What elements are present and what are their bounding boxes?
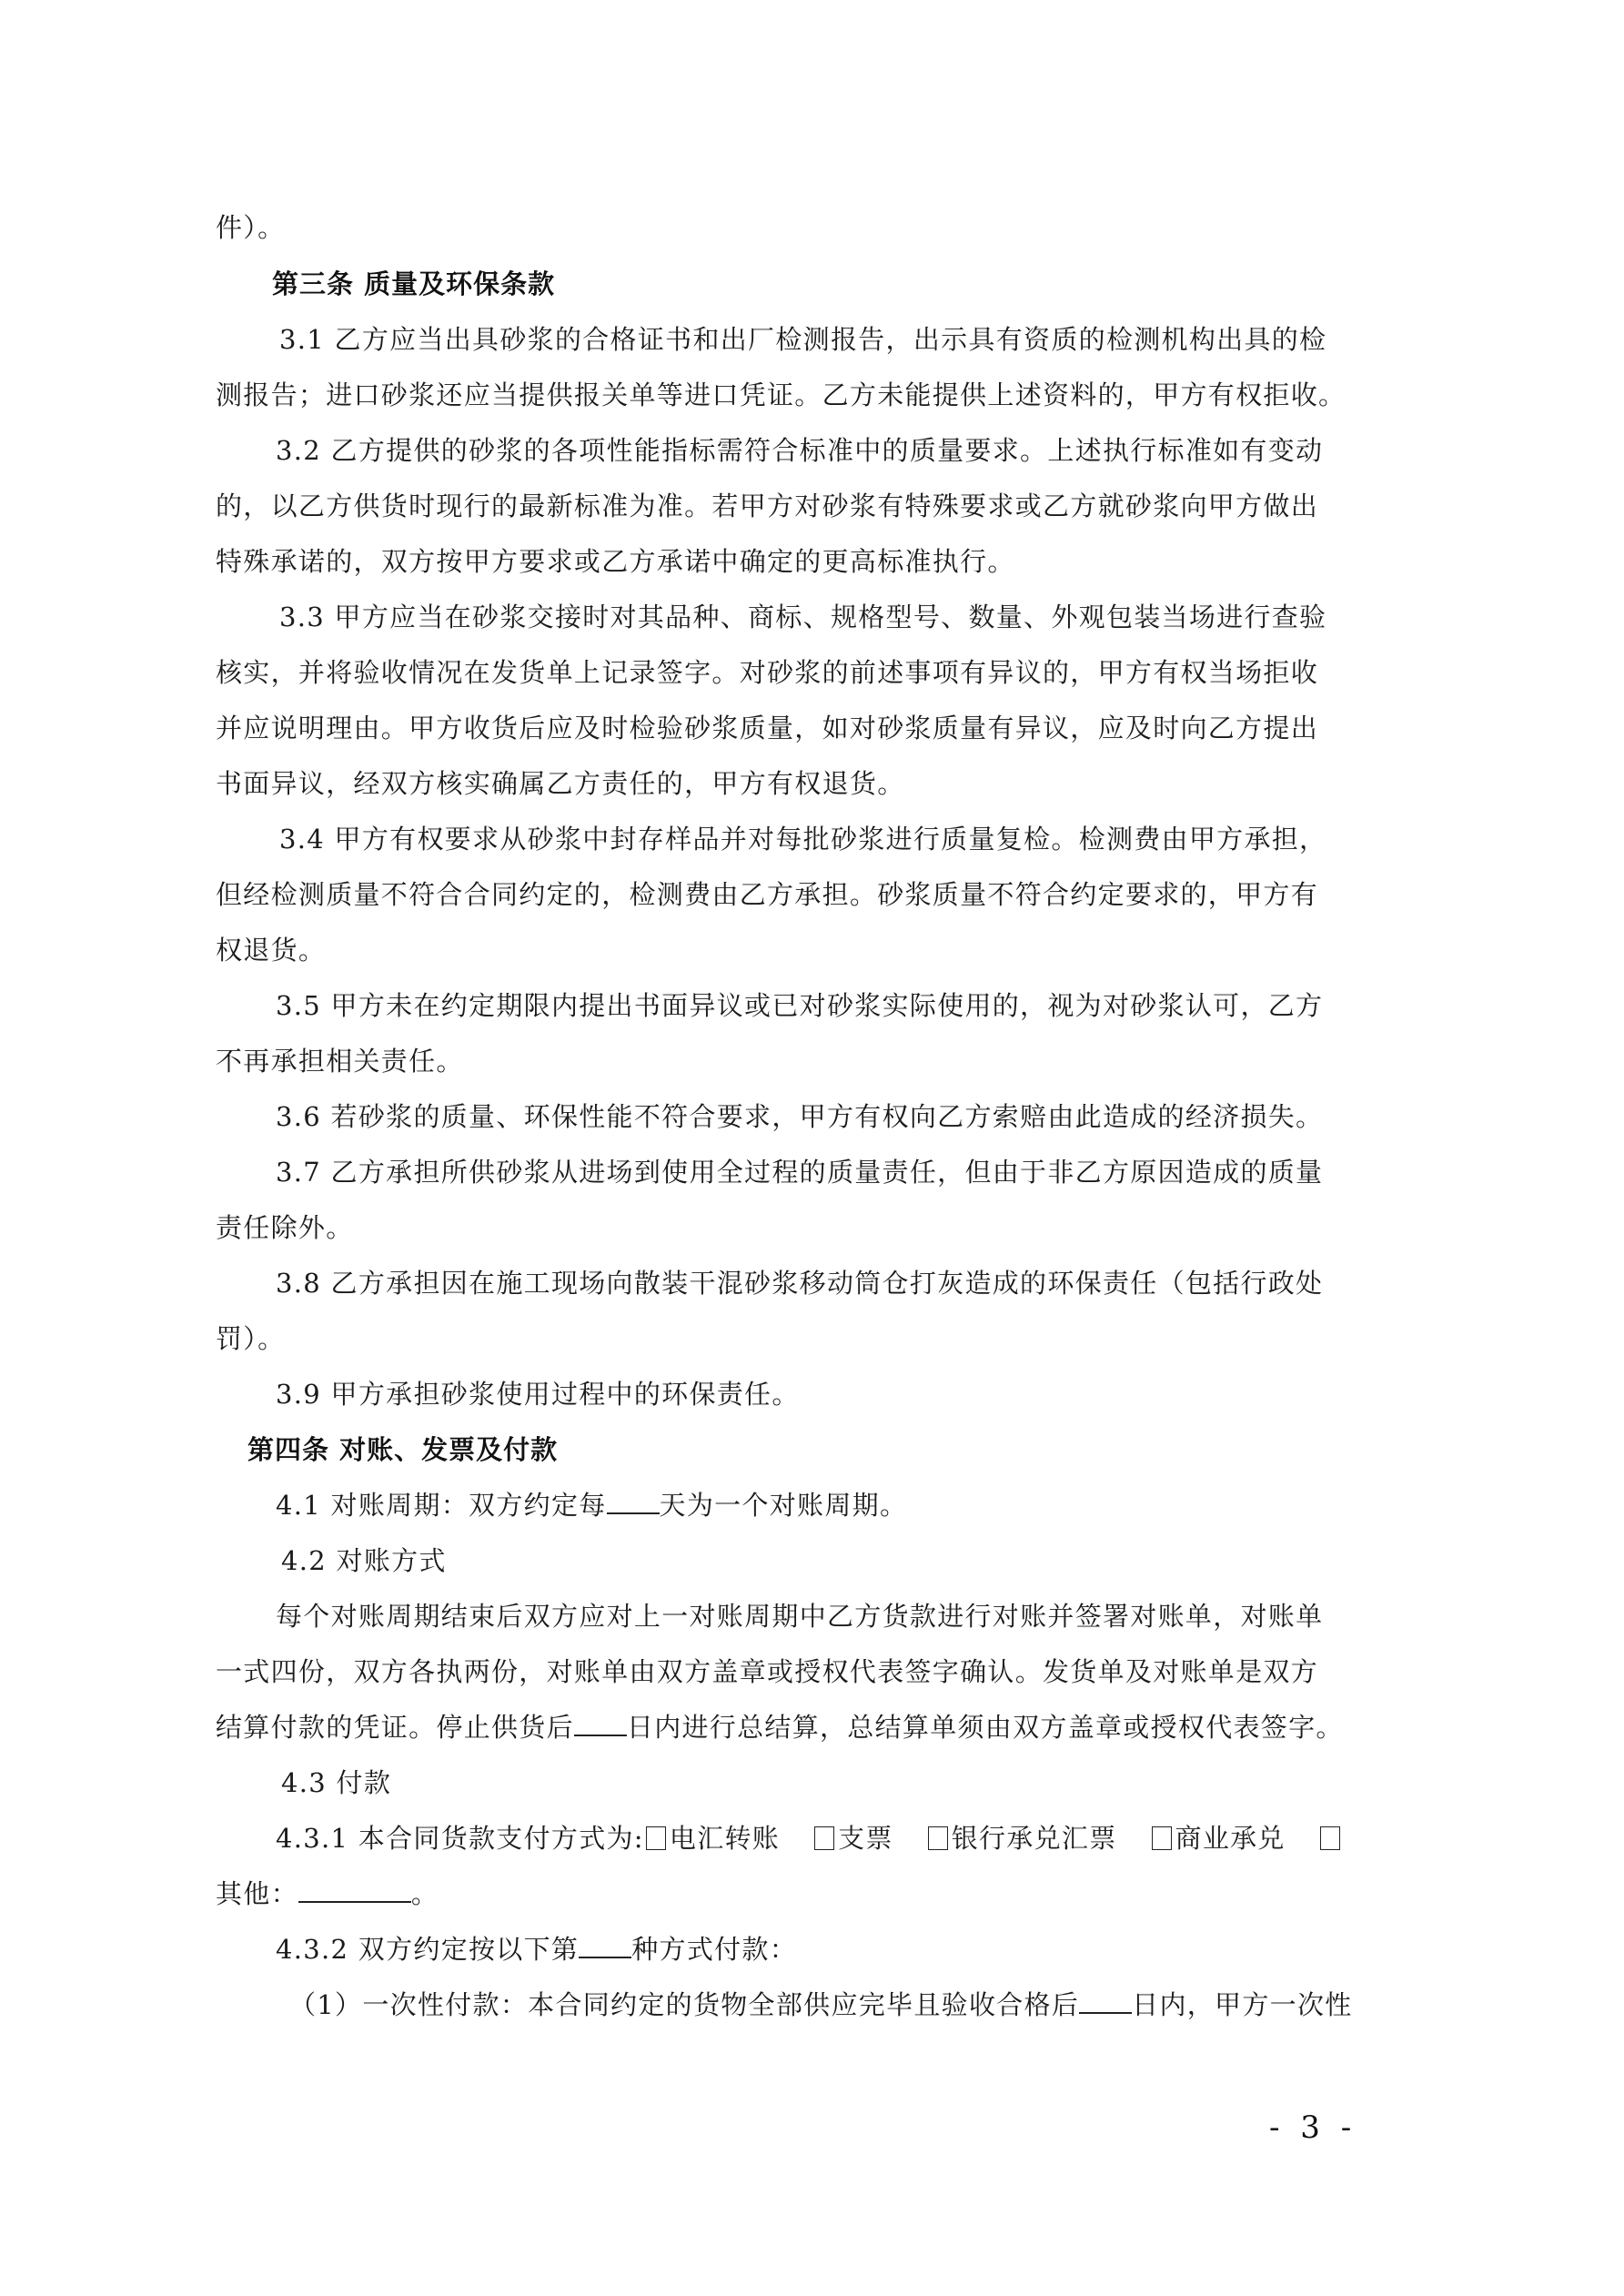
checkbox-wire-transfer[interactable]	[646, 1826, 666, 1850]
clause-4-2-heading: 4.2 对账方式	[281, 1542, 447, 1579]
clause-3-1-line: 3.1 乙方应当出具砂浆的合格证书和出厂检测报告，出示具有资质的检测机构出具的检	[279, 321, 1326, 358]
clause-3-4-line: 权退货。	[216, 932, 326, 968]
clause-4-2-line: 一式四份，双方各执两份，对账单由双方盖章或授权代表签字确认。发货单及对账单是双方	[216, 1654, 1318, 1690]
clause-3-2-line: 的，以乙方供货时现行的最新标准为准。若甲方对砂浆有特殊要求或乙方就砂浆向甲方做出	[216, 488, 1318, 524]
clause-4-2-text: 日内进行总结算，总结算单须由双方盖章或授权代表签字。	[627, 1712, 1344, 1743]
checkbox-commercial-acceptance[interactable]	[1152, 1826, 1172, 1850]
clause-3-2-line: 3.2 乙方提供的砂浆的各项性能指标需符合标准中的质量要求。上述执行标准如有变动	[276, 432, 1323, 469]
clause-3-1-line: 测报告；进口砂浆还应当提供报关单等进口凭证。乙方未能提供上述资料的，甲方有权拒收…	[216, 377, 1346, 413]
clause-4-3-1-line: 其他：。	[216, 1876, 439, 1912]
section-heading-article-4: 第四条 对账、发票及付款	[247, 1431, 558, 1468]
clause-4-2-line: 每个对账周期结束后双方应对上一对账周期中乙方货款进行对账并签署对账单，对账单	[276, 1598, 1323, 1634]
clause-3-8-line: 3.8 乙方承担因在施工现场向散装干混砂浆移动筒仓打灰造成的环保责任（包括行政处	[276, 1265, 1323, 1301]
clause-3-6-line: 3.6 若砂浆的质量、环保性能不符合要求，甲方有权向乙方索赔由此造成的经济损失。	[276, 1098, 1323, 1135]
blank-method-number-field[interactable]	[579, 1931, 631, 1958]
clause-3-8-line: 罚）。	[216, 1320, 285, 1357]
option-label: 银行承兑汇票	[952, 1823, 1117, 1854]
clause-4-3-1-text: 4.3.1 本合同货款支付方式为:	[276, 1823, 644, 1854]
checkbox-other[interactable]	[1320, 1826, 1340, 1850]
clause-4-3-2-line: 4.3.2 双方约定按以下第种方式付款：	[276, 1931, 797, 1967]
blank-settlement-days-field[interactable]	[574, 1709, 627, 1736]
clause-4-1-text: 天为一个对账周期。	[660, 1490, 908, 1521]
clause-3-4-line: 但经检测质量不符合合同约定的，检测费由乙方承担。砂浆质量不符合约定要求的，甲方有	[216, 876, 1318, 913]
clause-4-3-2-text: 种方式付款：	[631, 1934, 797, 1965]
clause-3-3-line: 书面异议，经双方核实确属乙方责任的，甲方有权退货。	[216, 765, 905, 802]
clause-4-3-heading: 4.3 付款	[281, 1765, 391, 1801]
document-page: 件）。 第三条 质量及环保条款 3.1 乙方应当出具砂浆的合格证书和出厂检测报告…	[0, 0, 1624, 2296]
clause-4-3-2-1-line: （1）一次性付款：本合同约定的货物全部供应完毕且验收合格后日内，甲方一次性	[289, 1987, 1353, 2023]
clause-3-7-line: 3.7 乙方承担所供砂浆从进场到使用全过程的质量责任，但由于非乙方原因造成的质量	[276, 1154, 1323, 1190]
clause-3-5-line: 3.5 甲方未在约定期限内提出书面异议或已对砂浆实际使用的，视为对砂浆认可，乙方	[276, 987, 1323, 1024]
clause-4-2-text: 结算付款的凭证。停止供货后	[216, 1712, 574, 1743]
clause-3-4-line: 3.4 甲方有权要求从砂浆中封存样品并对每批砂浆进行质量复检。检测费由甲方承担，	[279, 821, 1326, 857]
clause-4-3-1-text: 其他：	[216, 1878, 298, 1909]
clause-3-3-line: 核实，并将验收情况在发货单上记录签字。对砂浆的前述事项有异议的，甲方有权当场拒收	[216, 654, 1318, 691]
checkbox-cheque[interactable]	[814, 1826, 834, 1850]
clause-4-3-2-text: 4.3.2 双方约定按以下第	[276, 1934, 579, 1965]
clause-3-3-line: 3.3 甲方应当在砂浆交接时对其品种、商标、规格型号、数量、外观包装当场进行查验	[279, 599, 1326, 635]
paragraph-line: 件）。	[216, 209, 285, 246]
checkbox-bank-acceptance[interactable]	[928, 1826, 948, 1850]
clause-4-3-2-1-text: 日内，甲方一次性	[1132, 1989, 1352, 2020]
section-heading-article-3: 第三条 质量及环保条款	[272, 266, 555, 302]
clause-3-9-line: 3.9 甲方承担砂浆使用过程中的环保责任。	[276, 1376, 800, 1412]
clause-4-3-1-line: 4.3.1 本合同货款支付方式为:电汇转账支票银行承兑汇票商业承兑	[276, 1820, 1344, 1856]
clause-4-1-line: 4.1 对账周期：双方约定每天为一个对账周期。	[276, 1487, 907, 1523]
clause-4-3-1-text: 。	[411, 1878, 439, 1909]
clause-4-1-text: 4.1 对账周期：双方约定每	[276, 1490, 607, 1521]
clause-3-5-line: 不再承担相关责任。	[216, 1043, 464, 1079]
blank-days-field[interactable]	[607, 1487, 660, 1514]
option-label: 支票	[838, 1823, 893, 1854]
clause-3-2-line: 特殊承诺的，双方按甲方要求或乙方承诺中确定的更高标准执行。	[216, 543, 1015, 580]
clause-3-7-line: 责任除外。	[216, 1209, 354, 1246]
clause-4-3-2-1-text: （1）一次性付款：本合同约定的货物全部供应完毕且验收合格后	[289, 1989, 1079, 2020]
blank-payment-days-field[interactable]	[1079, 1987, 1132, 2014]
option-label: 电汇转账	[670, 1823, 780, 1854]
clause-3-3-line: 并应说明理由。甲方收货后应及时检验砂浆质量，如对砂浆质量有异议，应及时向乙方提出	[216, 710, 1318, 746]
page-number: - 3 -	[1269, 2109, 1357, 2146]
blank-other-method-field[interactable]	[298, 1876, 411, 1903]
clause-4-2-line: 结算付款的凭证。停止供货后日内进行总结算，总结算单须由双方盖章或授权代表签字。	[216, 1709, 1344, 1745]
option-label: 商业承兑	[1175, 1823, 1286, 1854]
